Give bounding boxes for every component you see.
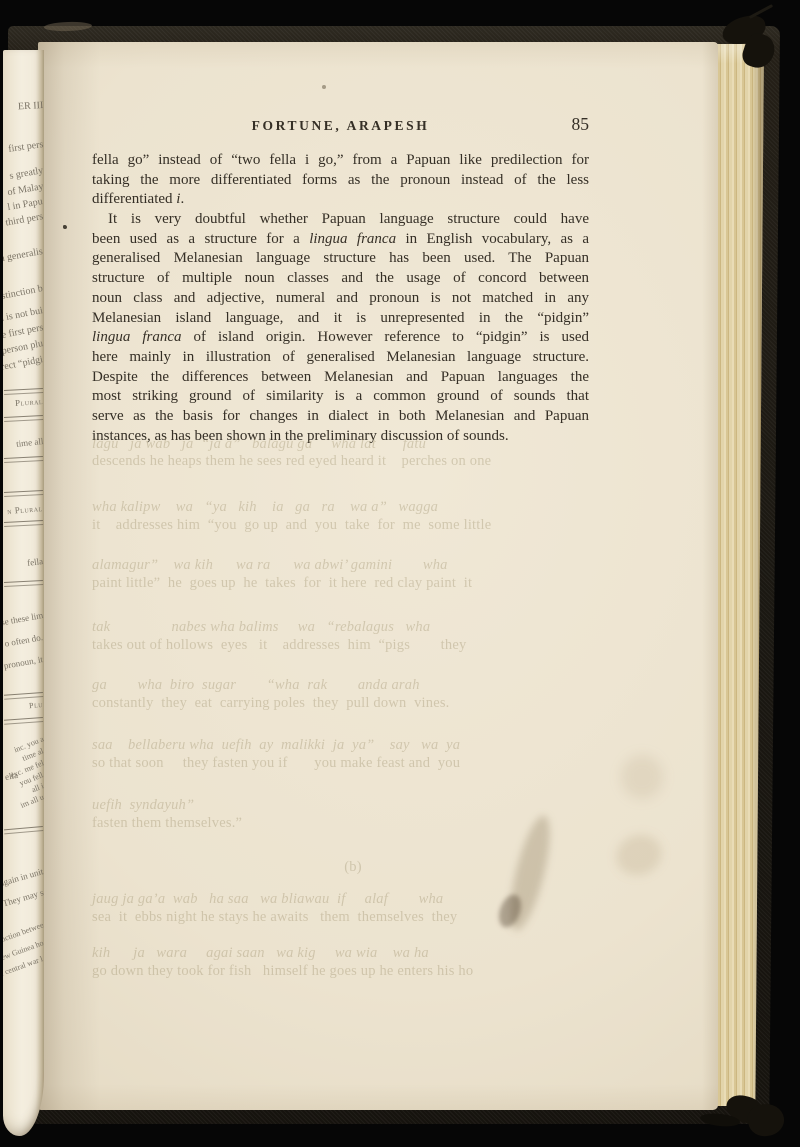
edge-text-fragment: im all u (19, 792, 44, 810)
bleedthrough-line: jaug ja ga’a wab ha saa wa bliawau if al… (92, 890, 443, 908)
text-line-5: been used as a structure for a lingua fr… (92, 230, 589, 250)
edge-table-rule (4, 717, 43, 725)
edge-text-fragment: ella (4, 770, 19, 782)
text-line-3: differentiated i. (92, 190, 589, 210)
edge-text-fragment: n generalis (3, 246, 44, 264)
edge-text-fragment: n Plural (7, 503, 43, 516)
text-line-8: noun class and adjective, numeral and pr… (92, 289, 589, 309)
stain (611, 828, 668, 881)
edge-text-fragment: the pronoun, it (3, 654, 44, 673)
bleedthrough-line: wha kalipw wa “ya kih ia ga ra wa a” wag… (92, 498, 438, 516)
edge-text-fragment: ). They may s (3, 887, 44, 910)
bleedthrough-line: so that soon they fasten you if you make… (92, 754, 460, 772)
text-line-10: lingua franca of island origin. However … (92, 328, 589, 348)
edge-text-fragment: o often do. (4, 632, 44, 649)
text-line-4: It is very doubtful whether Papuan langu… (92, 210, 589, 230)
edge-text-fragment: l in Papu (7, 196, 44, 213)
edge-text-fragment: use these lim (3, 610, 44, 628)
text-line-15: instances, as has been shown in the prel… (92, 427, 589, 447)
stain (495, 892, 525, 931)
book-photo: FORTUNE, ARAPESH 85 fella go” instead of… (0, 0, 800, 1147)
edge-text-fragment: Plu (29, 700, 44, 710)
text-line-7: structure of multiple noun classes and t… (92, 269, 589, 289)
bleedthrough-line: saa bellaberu wha uefih ay malikki ja ya… (92, 736, 460, 754)
edge-text-fragment: Plural (15, 396, 44, 408)
book-page: FORTUNE, ARAPESH 85 fella go” instead of… (38, 42, 718, 1110)
bleedthrough-line: ga wha biro sugar “wha rak anda arah (92, 676, 420, 694)
edge-table-rule (4, 388, 43, 395)
bleedthrough-line: go down they took for fish himself he go… (92, 962, 473, 980)
running-title: FORTUNE, ARAPESH (92, 118, 589, 134)
text-line-1: fella go” instead of “two fella i go,” f… (92, 151, 589, 171)
edge-text-fragment: third pers (5, 211, 44, 228)
edge-text-fragment: n is not bui (3, 305, 44, 324)
edge-text-fragment: ER III (17, 100, 43, 112)
bleedthrough-line: constantly they eat carrying poles they … (92, 694, 450, 712)
edge-table-rule (4, 580, 43, 587)
edge-text-fragment: s greatly (8, 165, 44, 182)
stain (502, 812, 558, 933)
body-text: fella go” instead of “two fella i go,” f… (92, 151, 589, 446)
edge-table-rule (4, 520, 43, 527)
bleedthrough-line: descends he heaps them he sees red eyed … (92, 452, 491, 470)
bleedthrough-line: paint little” he goes up he takes for it… (92, 574, 472, 592)
text-line-11: here mainly in illustration of generalis… (92, 348, 589, 368)
bleedthrough-line: kih ja wara agai saan wa kig wa wia wa h… (92, 944, 429, 962)
edge-text-fragment: istinction b (3, 283, 44, 302)
edge-table-rule (4, 456, 43, 463)
bleedthrough-line: tak nabes wha balims wa “rebalagus wha (92, 618, 430, 636)
text-line-13: most striking ground of similarity is a … (92, 387, 589, 407)
edge-table-rule (4, 826, 43, 834)
bleedthrough-line: takes out of hollows eyes it addresses h… (92, 636, 466, 654)
text-line-12: Despite the differences between Melanesi… (92, 368, 589, 388)
stain (621, 755, 663, 799)
bleedthrough-line: (b) (88, 858, 618, 876)
page-number: 85 (572, 114, 590, 135)
edge-text-fragment: rrect “pidgi (3, 354, 44, 374)
bleedthrough-line: it addresses him “you go up and you take… (92, 516, 491, 534)
left-page-edge: ER IIIfirst perss greatlyof Malayl in Pa… (3, 50, 44, 1136)
edge-text-fragment: fella (27, 556, 44, 568)
edge-table-rule (4, 692, 43, 700)
text-line-2: taking the more differentiated forms as … (92, 171, 589, 191)
text-line-14: serve as the basis for changes in dialec… (92, 407, 589, 427)
edge-table-rule (4, 490, 43, 497)
cover-fray (749, 4, 773, 19)
bleedthrough-line: sea it ebbs night he stays he awaits the… (92, 908, 457, 926)
bleedthrough-line: uefih syndayuh” (92, 796, 194, 814)
left-page-edge-inner: ER IIIfirst perss greatlyof Malayl in Pa… (3, 50, 44, 1136)
edge-text-fragment: time all (15, 436, 43, 449)
bleedthrough-line: alamagur” wa kih wa ra wa abwi’ gamini w… (92, 556, 448, 574)
edge-table-rule (4, 415, 43, 422)
ink-speck (63, 225, 67, 229)
page-header: FORTUNE, ARAPESH 85 (92, 114, 589, 138)
edge-text-fragment: first pers (7, 139, 43, 155)
bleedthrough-line: fasten them themselves.” (92, 814, 242, 832)
text-line-6: generalised Melanesian language structur… (92, 249, 589, 269)
text-line-9: Melanesian island language, and it is un… (92, 309, 589, 329)
ink-speck (322, 85, 326, 89)
edge-text-fragment: again in unit (3, 866, 44, 888)
